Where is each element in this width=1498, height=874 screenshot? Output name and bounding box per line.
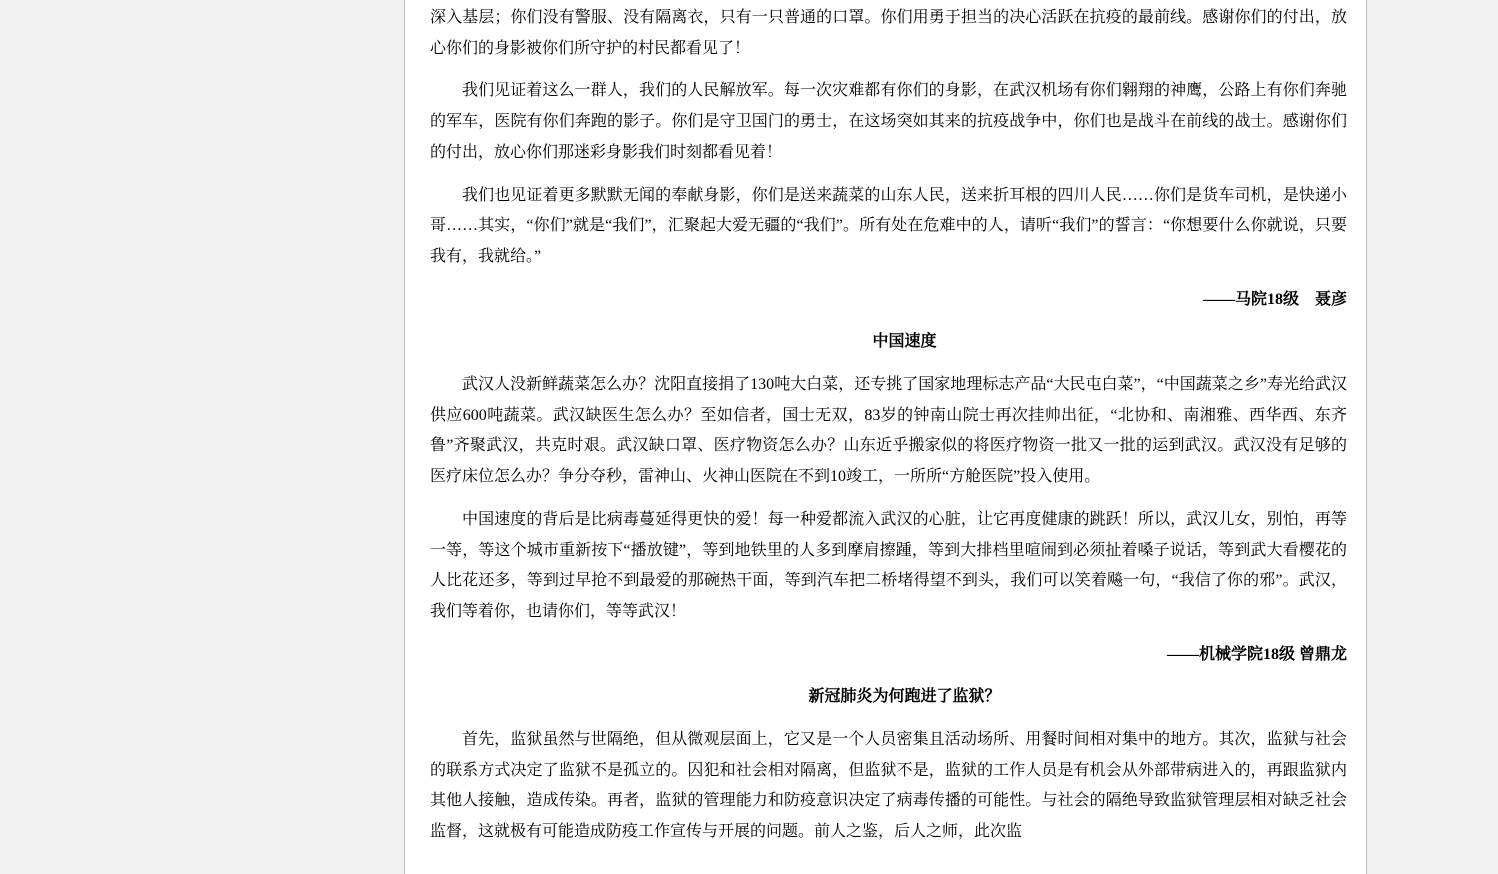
document-page[interactable]: 深入基层；你们没有警服、没有隔离衣，只有一只普通的口罩。你们用勇于担当的决心活跃… [404, 0, 1367, 874]
paragraph[interactable]: 武汉人没新鲜蔬菜怎么办？沈阳直接捐了130吨大白菜，还专挑了国家地理标志产品“大… [430, 370, 1347, 493]
paragraph[interactable]: 深入基层；你们没有警服、没有隔离衣，只有一只普通的口罩。你们用勇于担当的决心活跃… [430, 3, 1347, 64]
paragraph[interactable]: 我们见证着这么一群人，我们的人民解放军。每一次灾难都有你们的身影，在武汉机场有你… [430, 76, 1347, 168]
paragraph[interactable]: 我们也见证着更多默默无闻的奉献身影，你们是送来蔬菜的山东人民，送来折耳根的四川人… [430, 181, 1347, 273]
document-content[interactable]: 深入基层；你们没有警服、没有隔离衣，只有一只普通的口罩。你们用勇于担当的决心活跃… [405, 0, 1366, 848]
section-heading[interactable]: 新冠肺炎为何跑进了监狱？ [430, 682, 1347, 713]
paragraph[interactable]: 首先，监狱虽然与世隔绝，但从微观层面上，它又是一个人员密集且活动场所、用餐时间相… [430, 725, 1347, 848]
author-signature[interactable]: ——机械学院18级 曾鼎龙 [430, 640, 1347, 671]
paragraph[interactable]: 中国速度的背后是比病毒蔓延得更快的爱！每一种爱都流入武汉的心脏，让它再度健康的跳… [430, 505, 1347, 628]
author-signature[interactable]: ——马院18级 聂彦 [430, 285, 1347, 316]
section-heading[interactable]: 中国速度 [430, 327, 1347, 358]
